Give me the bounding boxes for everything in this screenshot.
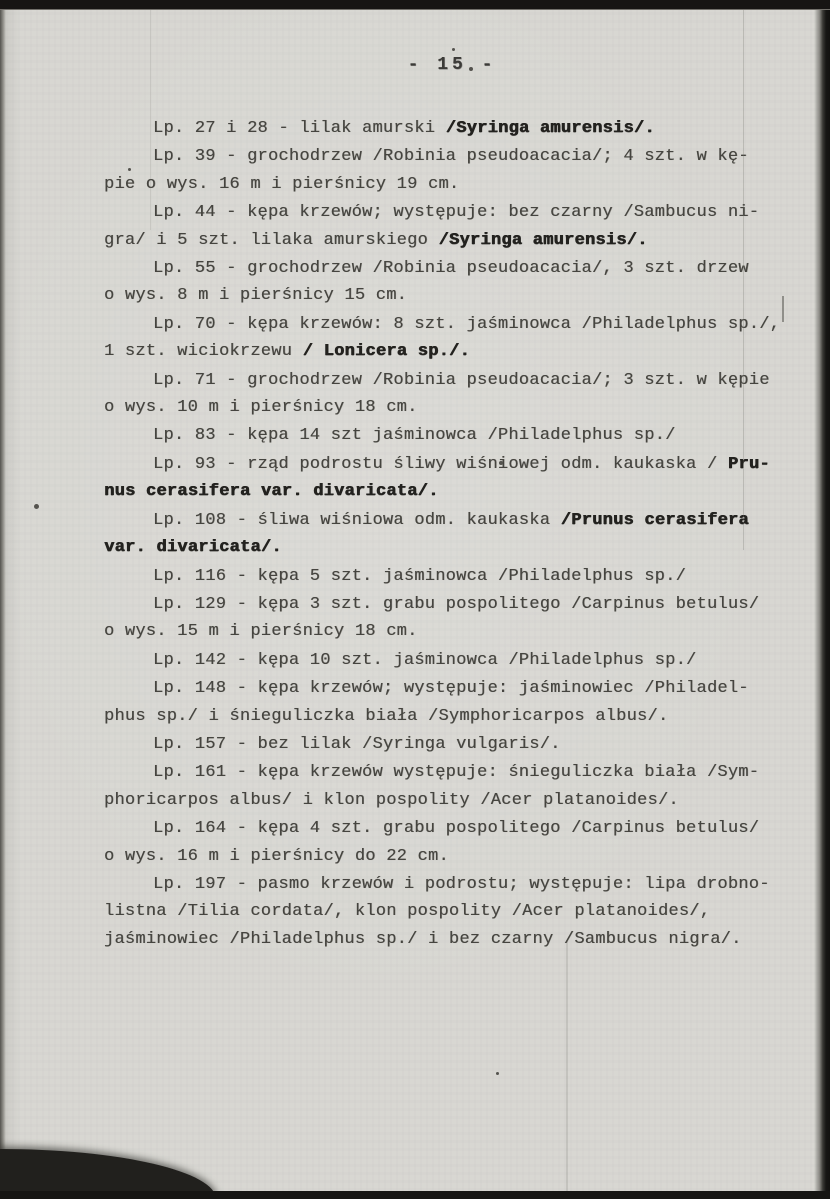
text-segment: o wys. 10 m i pierśnicy 18 cm. xyxy=(104,398,418,417)
text-segment: Lp. 157 - bez lilak /Syringa vulgaris/. xyxy=(153,735,561,754)
text-segment: Lp. 161 - kępa krzewów występuje: śniegu… xyxy=(153,763,759,782)
bold-text-segment: Pru- xyxy=(728,455,770,474)
ink-speck xyxy=(469,67,473,71)
text-segment: Lp. 129 - kępa 3 szt. grabu pospolitego … xyxy=(153,595,759,614)
text-segment: Lp. 27 i 28 - lilak amurski xyxy=(153,119,446,138)
bold-text-segment: var. divaricata/. xyxy=(104,538,282,557)
text-line: Lp. 164 - kępa 4 szt. grabu pospolitego … xyxy=(104,815,770,842)
page-number: - 15 - xyxy=(119,55,785,78)
paragraph: Lp. 55 - grochodrzew /Robinia pseudoacac… xyxy=(104,255,770,310)
text-line: 1 szt. wiciokrzewu / Lonicera sp./. xyxy=(104,338,770,365)
text-segment: pie o wys. 16 m i pierśnicy 19 cm. xyxy=(104,175,459,194)
text-line: Lp. 148 - kępa krzewów; występuje: jaśmi… xyxy=(104,675,770,702)
paragraph: Lp. 83 - kępa 14 szt jaśminowca /Philade… xyxy=(104,422,770,449)
ink-speck xyxy=(499,461,503,465)
text-segment: o wys. 8 m i pierśnicy 15 cm. xyxy=(104,286,407,305)
text-segment: Lp. 44 - kępa krzewów; występuje: bez cz… xyxy=(153,203,759,222)
paragraph: Lp. 129 - kępa 3 szt. grabu pospolitego … xyxy=(104,591,770,646)
text-line: Lp. 70 - kępa krzewów: 8 szt. jaśminowca… xyxy=(104,311,770,338)
text-segment: Lp. 71 - grochodrzew /Robinia pseudoacac… xyxy=(153,371,770,390)
text-line: gra/ i 5 szt. lilaka amurskiego /Syringa… xyxy=(104,227,770,254)
text-segment: o wys. 16 m i pierśnicy do 22 cm. xyxy=(104,847,449,866)
text-line: Lp. 39 - grochodrzew /Robinia pseudoacac… xyxy=(104,143,770,170)
ink-speck xyxy=(128,168,131,171)
paragraph: Lp. 71 - grochodrzew /Robinia pseudoacac… xyxy=(104,367,770,422)
text-line: Lp. 161 - kępa krzewów występuje: śniegu… xyxy=(104,759,770,786)
paragraph: Lp. 108 - śliwa wiśniowa odm. kaukaska /… xyxy=(104,507,770,562)
ink-speck xyxy=(34,504,39,509)
ink-speck xyxy=(496,1072,499,1075)
text-segment: jaśminowiec /Philadelphus sp./ i bez cza… xyxy=(104,930,742,949)
paragraph: Lp. 44 - kępa krzewów; występuje: bez cz… xyxy=(104,199,770,254)
text-line: o wys. 10 m i pierśnicy 18 cm. xyxy=(104,394,770,421)
paragraph: Lp. 116 - kępa 5 szt. jaśminowca /Philad… xyxy=(104,563,770,590)
text-line: Lp. 55 - grochodrzew /Robinia pseudoacac… xyxy=(104,255,770,282)
scan-edge-right xyxy=(814,0,830,1199)
bold-text-segment: / Lonicera sp./. xyxy=(303,342,470,361)
text-segment: Lp. 70 - kępa krzewów: 8 szt. jaśminowca… xyxy=(153,315,780,334)
paragraph: Lp. 148 - kępa krzewów; występuje: jaśmi… xyxy=(104,675,770,730)
scan-edge-bottom xyxy=(0,1191,830,1199)
text-segment: 1 szt. wiciokrzewu xyxy=(104,342,303,361)
text-segment: Lp. 164 - kępa 4 szt. grabu pospolitego … xyxy=(153,819,759,838)
text-segment: phoricarpos albus/ i klon pospolity /Ace… xyxy=(104,791,679,810)
paragraph: Lp. 142 - kępa 10 szt. jaśminowca /Phila… xyxy=(104,647,770,674)
text-segment: Lp. 142 - kępa 10 szt. jaśminowca /Phila… xyxy=(153,651,697,670)
text-segment: o wys. 15 m i pierśnicy 18 cm. xyxy=(104,622,418,641)
paragraph: Lp. 157 - bez lilak /Syringa vulgaris/. xyxy=(104,731,770,758)
text-line: Lp. 27 i 28 - lilak amurski /Syringa amu… xyxy=(104,115,770,142)
text-line: Lp. 44 - kępa krzewów; występuje: bez cz… xyxy=(104,199,770,226)
text-segment: Lp. 83 - kępa 14 szt jaśminowca /Philade… xyxy=(153,426,676,445)
paragraph: Lp. 161 - kępa krzewów występuje: śniegu… xyxy=(104,759,770,814)
text-segment: Lp. 116 - kępa 5 szt. jaśminowca /Philad… xyxy=(153,567,686,586)
text-line: o wys. 15 m i pierśnicy 18 cm. xyxy=(104,618,770,645)
text-line: phoricarpos albus/ i klon pospolity /Ace… xyxy=(104,787,770,814)
text-segment: phus sp./ i śnieguliczka biała /Symphori… xyxy=(104,707,668,726)
text-segment: Lp. 108 - śliwa wiśniowa odm. kaukaska xyxy=(153,511,561,530)
text-line: phus sp./ i śnieguliczka biała /Symphori… xyxy=(104,703,770,730)
bold-text-segment: /Syringa amurensis/. xyxy=(446,119,655,138)
paragraph: Lp. 164 - kępa 4 szt. grabu pospolitego … xyxy=(104,815,770,870)
scan-edge-top xyxy=(0,0,830,10)
text-line: listna /Tilia cordata/, klon pospolity /… xyxy=(104,898,770,925)
text-line: pie o wys. 16 m i pierśnicy 19 cm. xyxy=(104,171,770,198)
ink-speck xyxy=(452,48,455,51)
text-line: Lp. 157 - bez lilak /Syringa vulgaris/. xyxy=(104,731,770,758)
text-line: Lp. 83 - kępa 14 szt jaśminowca /Philade… xyxy=(104,422,770,449)
text-line: Lp. 108 - śliwa wiśniowa odm. kaukaska /… xyxy=(104,507,770,534)
text-segment: Lp. 55 - grochodrzew /Robinia pseudoacac… xyxy=(153,259,749,278)
text-line: Lp. 93 - rząd podrostu śliwy wiśniowej o… xyxy=(104,451,770,478)
text-line: var. divaricata/. xyxy=(104,534,770,561)
text-line: o wys. 8 m i pierśnicy 15 cm. xyxy=(104,282,770,309)
text-line: nus cerasifera var. divaricata/. xyxy=(104,478,770,505)
text-line: o wys. 16 m i pierśnicy do 22 cm. xyxy=(104,843,770,870)
text-line: Lp. 129 - kępa 3 szt. grabu pospolitego … xyxy=(104,591,770,618)
paragraph: Lp. 70 - kępa krzewów: 8 szt. jaśminowca… xyxy=(104,311,770,366)
text-segment: Lp. 93 - rząd podrostu śliwy wiśniowej o… xyxy=(153,455,728,474)
text-segment: Lp. 148 - kępa krzewów; występuje: jaśmi… xyxy=(153,679,749,698)
paragraph: Lp. 27 i 28 - lilak amurski /Syringa amu… xyxy=(104,115,770,142)
scan-edge-left xyxy=(0,0,20,1199)
scan-crease xyxy=(566,940,568,1191)
text-line: Lp. 142 - kępa 10 szt. jaśminowca /Phila… xyxy=(104,647,770,674)
document-body: Lp. 27 i 28 - lilak amurski /Syringa amu… xyxy=(104,115,770,953)
bold-text-segment: nus cerasifera var. divaricata/. xyxy=(104,482,438,501)
text-segment: listna /Tilia cordata/, klon pospolity /… xyxy=(104,902,710,921)
text-segment: Lp. 39 - grochodrzew /Robinia pseudoacac… xyxy=(153,147,749,166)
scan-mark xyxy=(782,296,784,322)
bold-text-segment: /Syringa amurensis/. xyxy=(438,231,647,250)
paragraph: Lp. 197 - pasmo krzewów i podrostu; wyst… xyxy=(104,871,770,953)
text-segment: Lp. 197 - pasmo krzewów i podrostu; wyst… xyxy=(153,875,770,894)
paragraph: Lp. 39 - grochodrzew /Robinia pseudoacac… xyxy=(104,143,770,198)
text-line: Lp. 197 - pasmo krzewów i podrostu; wyst… xyxy=(104,871,770,898)
text-line: Lp. 71 - grochodrzew /Robinia pseudoacac… xyxy=(104,367,770,394)
text-segment: gra/ i 5 szt. lilaka amurskiego xyxy=(104,231,438,250)
scanned-page-content: - 15 - Lp. 27 i 28 - lilak amurski /Syri… xyxy=(104,0,770,954)
bold-text-segment: /Prunus cerasifera xyxy=(561,511,749,530)
paragraph: Lp. 93 - rząd podrostu śliwy wiśniowej o… xyxy=(104,451,770,506)
text-line: Lp. 116 - kępa 5 szt. jaśminowca /Philad… xyxy=(104,563,770,590)
text-line: jaśminowiec /Philadelphus sp./ i bez cza… xyxy=(104,926,770,953)
